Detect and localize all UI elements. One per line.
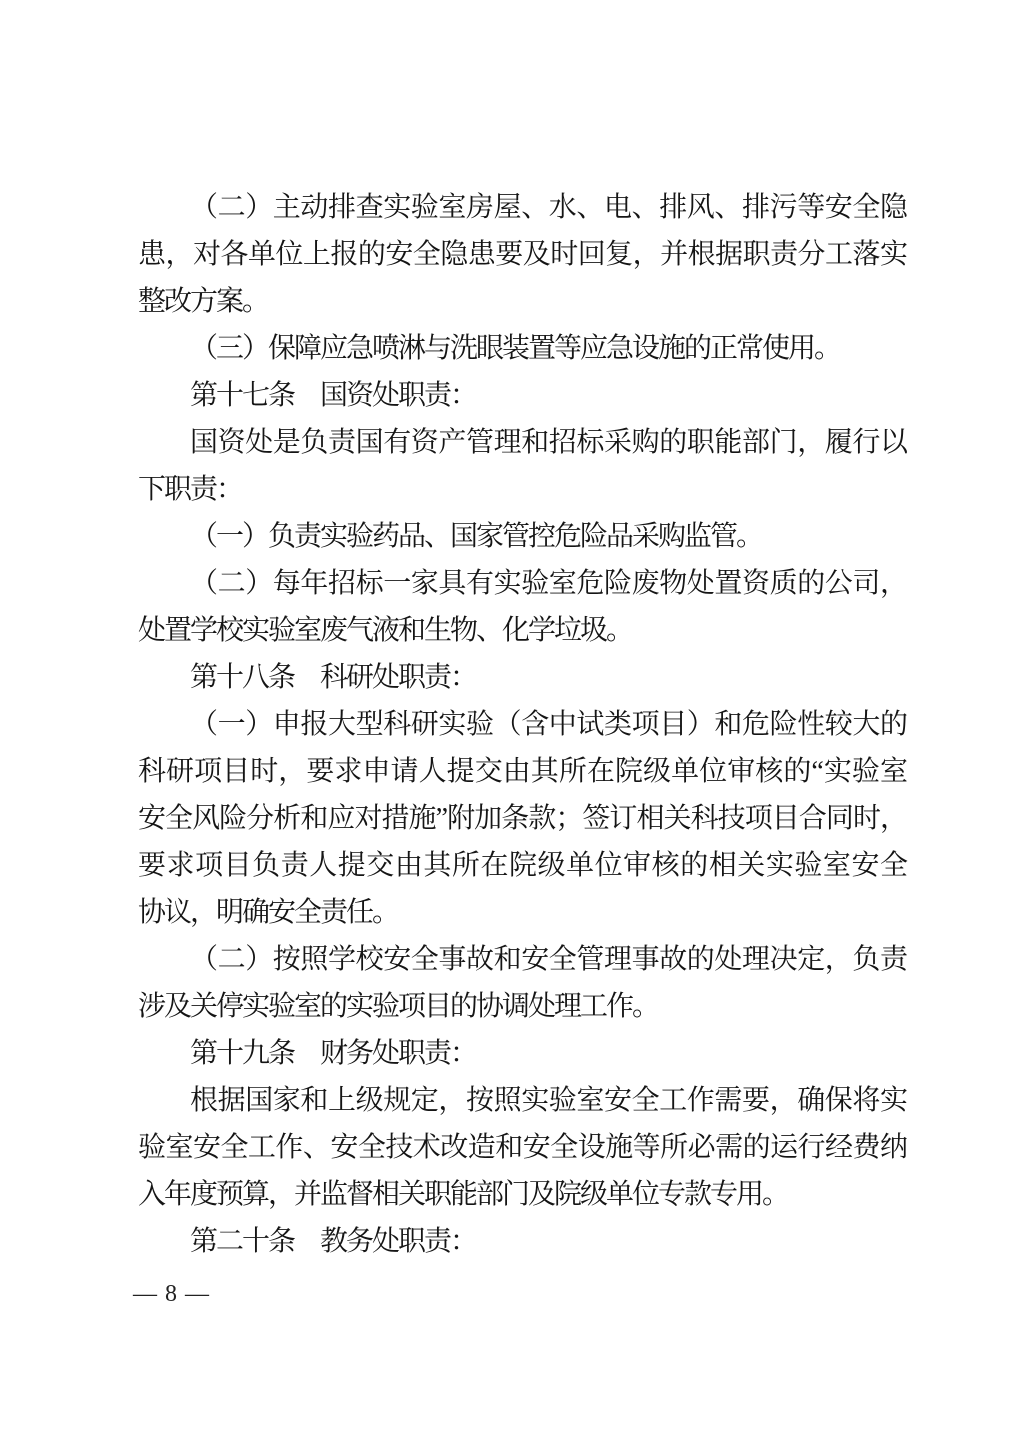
document-text-block: （二）主动排查实验室房屋、水、电、排风、排污等安全隐 患，对各单位上报的安全隐患… <box>138 184 906 1265</box>
article-heading-line: 第十九条 财务处职责： <box>138 1030 906 1077</box>
text-line: 入年度预算，并监督相关职能部门及院级单位专款专用。 <box>138 1171 906 1218</box>
text-line: （二）每年招标一家具有实验室危险废物处置资质的公司， <box>138 560 906 607</box>
text-line: 根据国家和上级规定，按照实验室安全工作需要，确保将实 <box>138 1077 906 1124</box>
text-line: （二）按照学校安全事故和安全管理事故的处理决定，负责 <box>138 936 906 983</box>
article-heading-line: 第十七条 国资处职责： <box>138 372 906 419</box>
text-line: 涉及关停实验室的实验项目的协调处理工作。 <box>138 983 906 1030</box>
text-line: 验室安全工作、安全技术改造和安全设施等所必需的运行经费纳 <box>138 1124 906 1171</box>
article-heading-line: 第二十条 教务处职责： <box>138 1218 906 1265</box>
document-page: （二）主动排查实验室房屋、水、电、排风、排污等安全隐 患，对各单位上报的安全隐患… <box>0 0 1024 1448</box>
text-line: 患，对各单位上报的安全隐患要及时回复，并根据职责分工落实 <box>138 231 906 278</box>
article-heading-line: 第十八条 科研处职责： <box>138 654 906 701</box>
text-line: （一）负责实验药品、国家管控危险品采购监管。 <box>138 513 906 560</box>
text-line: 安全风险分析和应对措施”附加条款；签订相关科技项目合同时， <box>138 795 906 842</box>
text-line: 处置学校实验室废气液和生物、化学垃圾。 <box>138 607 906 654</box>
text-line: 整改方案。 <box>138 278 906 325</box>
text-line: （二）主动排查实验室房屋、水、电、排风、排污等安全隐 <box>138 184 906 231</box>
page-number: — 8 — <box>133 1280 210 1308</box>
text-line: （三）保障应急喷淋与洗眼装置等应急设施的正常使用。 <box>138 325 906 372</box>
text-line: 科研项目时，要求申请人提交由其所在院级单位审核的“实验室 <box>138 748 906 795</box>
text-line: 要求项目负责人提交由其所在院级单位审核的相关实验室安全 <box>138 842 906 889</box>
text-line: 国资处是负责国有资产管理和招标采购的职能部门，履行以 <box>138 419 906 466</box>
text-line: 协议，明确安全责任。 <box>138 889 906 936</box>
text-line: 下职责： <box>138 466 906 513</box>
text-line: （一）申报大型科研实验（含中试类项目）和危险性较大的 <box>138 701 906 748</box>
